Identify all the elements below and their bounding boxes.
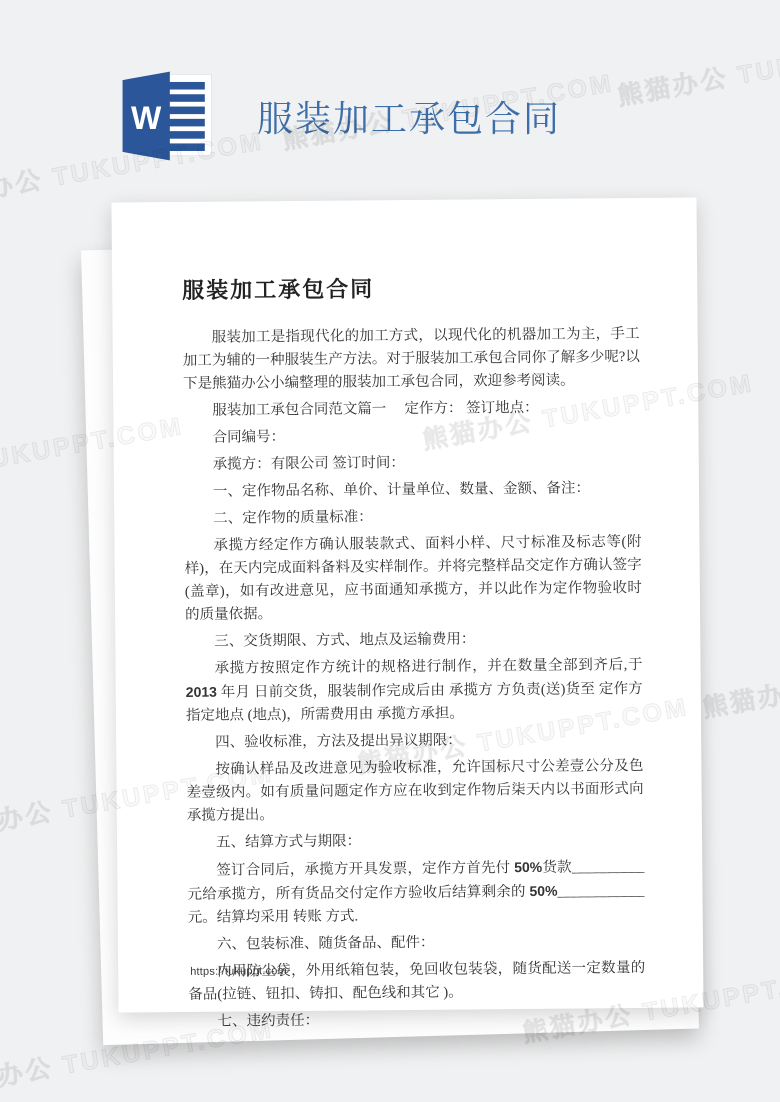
text-run: 六、包装标准、随货备品、配件： (217, 935, 435, 953)
text-run: 七、违约责任： (218, 1013, 320, 1030)
paper-sheet-main: 服装加工承包合同 服装加工是指现代化的加工方式，以现代化的机器加工为主，手工加工… (111, 197, 703, 1012)
preview-canvas: 服装加工承包合同 服装加工是指现代化的加工方式，以现代化的机器加工为主，手工加工… (0, 0, 780, 1102)
bold-run: 50% (514, 859, 542, 875)
text-run: 承揽方按照定作方统计的规格进行制作，并在数量全部到齐后,于 (214, 657, 642, 677)
text-run: 承揽方：有限公司 签订时间： (213, 455, 405, 473)
watermark-text: 熊猫办公 TUKUPPT.COM (614, 19, 780, 113)
bold-run: 2013 (186, 684, 217, 700)
text-run: 按确认样品及改进意见为验收标准，允许国标尺寸公差壹公分及色差壹级内。如有质量问题… (187, 758, 644, 824)
page-title: 服装加工承包合同 (257, 91, 561, 142)
paragraph: 签订合同后，承揽方开具发票，定作方首先付 50%货款__________元给承揽… (187, 855, 645, 930)
text-run: 四、验收标准，方法及提出异议期限： (215, 733, 462, 751)
text-run: 五、结算方式与期限： (216, 833, 361, 850)
word-icon: W (115, 68, 219, 164)
text-run: 年月 日前交货，服装制作完成后由 承揽方 方负责(送)货至 定作方指定地点 (地… (186, 681, 643, 724)
paragraph: 二、定作物的质量标准： (184, 504, 641, 531)
watermark-text: 熊猫办公 TUKUPPT.COM (699, 631, 780, 725)
paragraph: 七、违约责任： (189, 1007, 646, 1034)
text-run: 二、定作物的质量标准： (213, 509, 373, 526)
paragraph: 服装加工是指现代化的加工方式，以现代化的机器加工为主，手工加工为辅的一种服装生产… (183, 323, 641, 396)
paragraph: 承揽方按照定作方统计的规格进行制作，并在数量全部到齐后,于 2013 年月 日前… (185, 654, 643, 728)
text-run: 承揽方经定作方确认服装款式、面料小样、尺寸标准及标志等(附样)，在天内完成面料备… (185, 534, 642, 623)
text-run: 服装加工是指现代化的加工方式，以现代化的机器加工为主，手工加工为辅的一种服装生产… (183, 326, 640, 392)
document-content: 服装加工承包合同 服装加工是指现代化的加工方式，以现代化的机器加工为主，手工加工… (111, 197, 703, 1012)
doc-body: 服装加工是指现代化的加工方式，以现代化的机器加工为主，手工加工为辅的一种服装生产… (183, 323, 646, 1034)
paragraph: 一、定作物品名称、单价、计量单位、数量、金额、备注： (184, 477, 641, 504)
bold-run: 50% (529, 883, 557, 899)
document-title: 服装加工承包合同 (182, 270, 639, 305)
text-run: 合同编号： (212, 429, 285, 446)
svg-text:W: W (131, 100, 162, 136)
paragraph: 三、交货期限、方式、地点及运输费用： (185, 627, 642, 654)
paragraph: 六、包装标准、随货备品、配件： (188, 930, 645, 957)
paragraph: 承揽方经定作方确认服装款式、面料小样、尺寸标准及标志等(附样)，在天内完成面料备… (184, 531, 642, 627)
paragraph: 承揽方：有限公司 签订时间： (184, 450, 641, 477)
text-run: 服装加工承包合同范文篇一 定作方： 签订地点： (212, 400, 538, 419)
footer-link[interactable]: https://tukuppt.com (190, 965, 287, 978)
text-run: 签订合同后，承揽方开具发票，定作方首先付 (216, 860, 514, 879)
header: W 服装加工承包合同 (115, 68, 561, 164)
paragraph: 合同编号： (183, 423, 640, 450)
paragraph: 按确认样品及改进意见为验收标准，允许国标尺寸公差壹公分及色差壹级内。如有质量问题… (186, 755, 644, 828)
text-run: 三、交货期限、方式、地点及运输费用： (214, 631, 475, 649)
text-run: 一、定作物品名称、单价、计量单位、数量、金额、备注： (213, 480, 590, 499)
paragraph: 四、验收标准，方法及提出异议期限： (186, 728, 643, 755)
paragraph: 五、结算方式与期限： (187, 828, 644, 855)
paragraph: 服装加工承包合同范文篇一 定作方： 签订地点： (183, 396, 640, 423)
